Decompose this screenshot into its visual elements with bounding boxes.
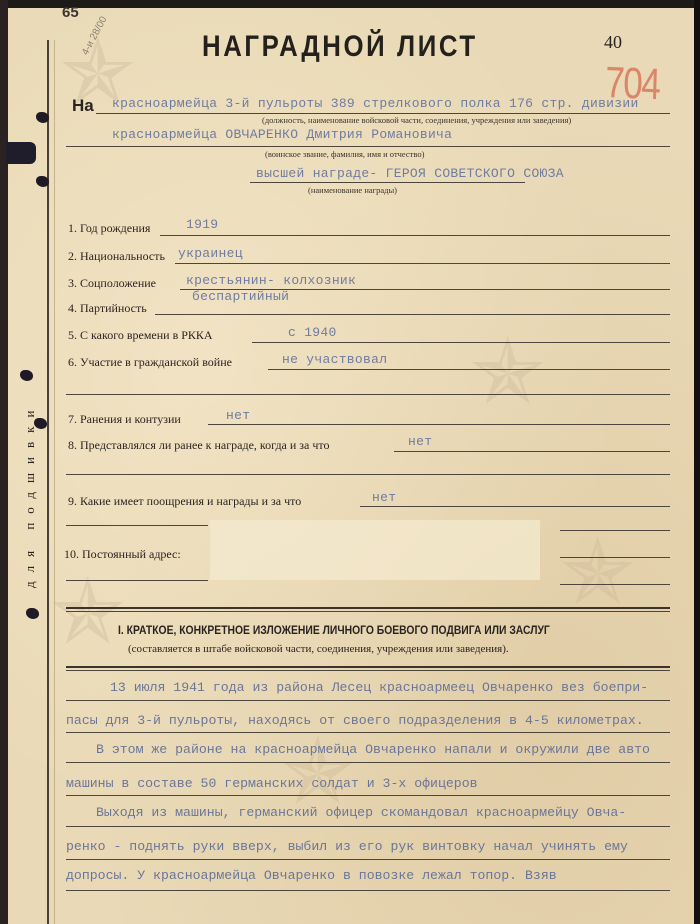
- margin-vertical-label: для подшивки: [22, 345, 48, 645]
- field-birth-year-label: 1. Год рождения: [68, 221, 150, 236]
- field-underline: [155, 314, 670, 315]
- narrative-rule: [66, 859, 670, 860]
- position-caption: (должность, наименование войсковой части…: [262, 115, 571, 125]
- field-wounds-label: 7. Ранения и контузии: [68, 412, 181, 427]
- position-value: красноармейца 3-й пульроты 389 стрелково…: [112, 96, 639, 111]
- award-caption: (наименование награды): [308, 185, 397, 195]
- field-prior-award-value: нет: [408, 434, 432, 449]
- field-civil-war-label: 6. Участие в гражданской войне: [68, 355, 232, 370]
- field-extra-line: [560, 557, 670, 558]
- narrative-line: допросы. У красноармейца Овчаренко в пов…: [66, 868, 557, 883]
- field-extra-line: [66, 580, 208, 581]
- field-extra-line: [66, 525, 208, 526]
- field-prior-award-label: 8. Представлялся ли ранее к награде, ког…: [68, 438, 330, 453]
- narrative-rule: [66, 700, 670, 701]
- section1-subtitle: (составляется в штабе войсковой части, с…: [128, 643, 509, 655]
- field-underline: [252, 342, 670, 343]
- narrative-line: 13 июля 1941 года из района Лесец красно…: [110, 680, 648, 695]
- field-decorations-value: нет: [372, 490, 396, 505]
- field-party-value: беспартийный: [192, 289, 289, 304]
- section-divider-bottom-thin: [66, 670, 670, 671]
- narrative-rule: [66, 732, 670, 733]
- section-divider-top: [66, 607, 670, 609]
- narrative-line: В этом же районе на красноармейца Овчаре…: [96, 742, 650, 757]
- field-underline: [394, 451, 670, 452]
- position-underline: [96, 113, 670, 114]
- narrative-rule: [66, 826, 670, 827]
- narrative-rule: [66, 795, 670, 796]
- field-rkka-label: 5. С какого времени в РККА: [68, 328, 213, 343]
- narrative-line: машины в составе 50 германских солдат и …: [66, 776, 478, 791]
- field-extra-line: [560, 530, 670, 531]
- award-underline: [250, 182, 525, 183]
- narrative-line: ренко - поднять руки вверх, выбил из его…: [66, 839, 628, 854]
- watermark-star-icon: ✯: [470, 320, 545, 425]
- narrative-rule: [66, 762, 670, 763]
- field-decorations-label: 9. Какие имеет поощрения и награды и за …: [68, 494, 301, 509]
- field-underline: [360, 506, 670, 507]
- award-value: высшей награде- ГЕРОЯ СОВЕТСКОГО СОЮЗА: [256, 166, 564, 181]
- sheet-number: 40: [604, 32, 622, 53]
- narrative-line: пасы для 3-й пульроты, находясь от своег…: [66, 713, 644, 728]
- document-title: НАГРАДНОЙ ЛИСТ: [202, 30, 478, 64]
- field-civil-war-value: не участвовал: [282, 352, 387, 367]
- watermark-star-icon: ✯: [50, 560, 125, 665]
- archive-page-number: 65: [62, 4, 79, 21]
- field-underline: [268, 369, 670, 370]
- field-rkka-value: с 1940: [288, 325, 337, 340]
- name-value: красноармейца ОВЧАРЕНКО Дмитрия Романови…: [112, 127, 452, 142]
- scan-right-edge: [694, 0, 700, 924]
- field-wounds-value: нет: [226, 408, 250, 423]
- name-caption: (воинское звание, фамилия, имя и отчеств…: [265, 149, 424, 159]
- field-nationality-value: украинец: [178, 246, 243, 261]
- binding-hole: [36, 112, 49, 123]
- section1-title: I. КРАТКОЕ, КОНКРЕТНОЕ ИЗЛОЖЕНИЕ ЛИЧНОГО…: [118, 625, 550, 637]
- redaction-smudge: [210, 520, 540, 580]
- narrative-rule: [66, 890, 670, 891]
- binding-margin-line-inner: [54, 40, 55, 924]
- field-underline: [160, 235, 670, 236]
- field-party-label: 4. Партийность: [68, 301, 147, 316]
- section-divider-top-thin: [66, 611, 670, 612]
- binding-hole: [36, 176, 49, 187]
- field-underline: [175, 263, 670, 264]
- scan-top-edge: [0, 0, 700, 8]
- name-underline: [66, 146, 670, 147]
- section-divider-bottom: [66, 666, 670, 668]
- field-extra-line: [66, 394, 670, 395]
- binding-tab: [6, 142, 36, 164]
- na-label: На: [72, 96, 94, 116]
- field-extra-line: [66, 474, 670, 475]
- field-extra-line: [560, 584, 670, 585]
- narrative-line: Выходя из машины, германский офицер ском…: [96, 805, 626, 820]
- scan-left-edge: [0, 0, 8, 924]
- field-social-value: крестьянин- колхозник: [186, 273, 356, 288]
- field-underline: [208, 424, 670, 425]
- field-address-label: 10. Постоянный адрес:: [64, 547, 181, 562]
- field-social-label: 3. Соцположение: [68, 276, 156, 291]
- field-birth-year-value: 1919: [186, 217, 218, 232]
- field-nationality-label: 2. Национальность: [68, 249, 165, 264]
- watermark-star-icon: ✯: [560, 520, 635, 625]
